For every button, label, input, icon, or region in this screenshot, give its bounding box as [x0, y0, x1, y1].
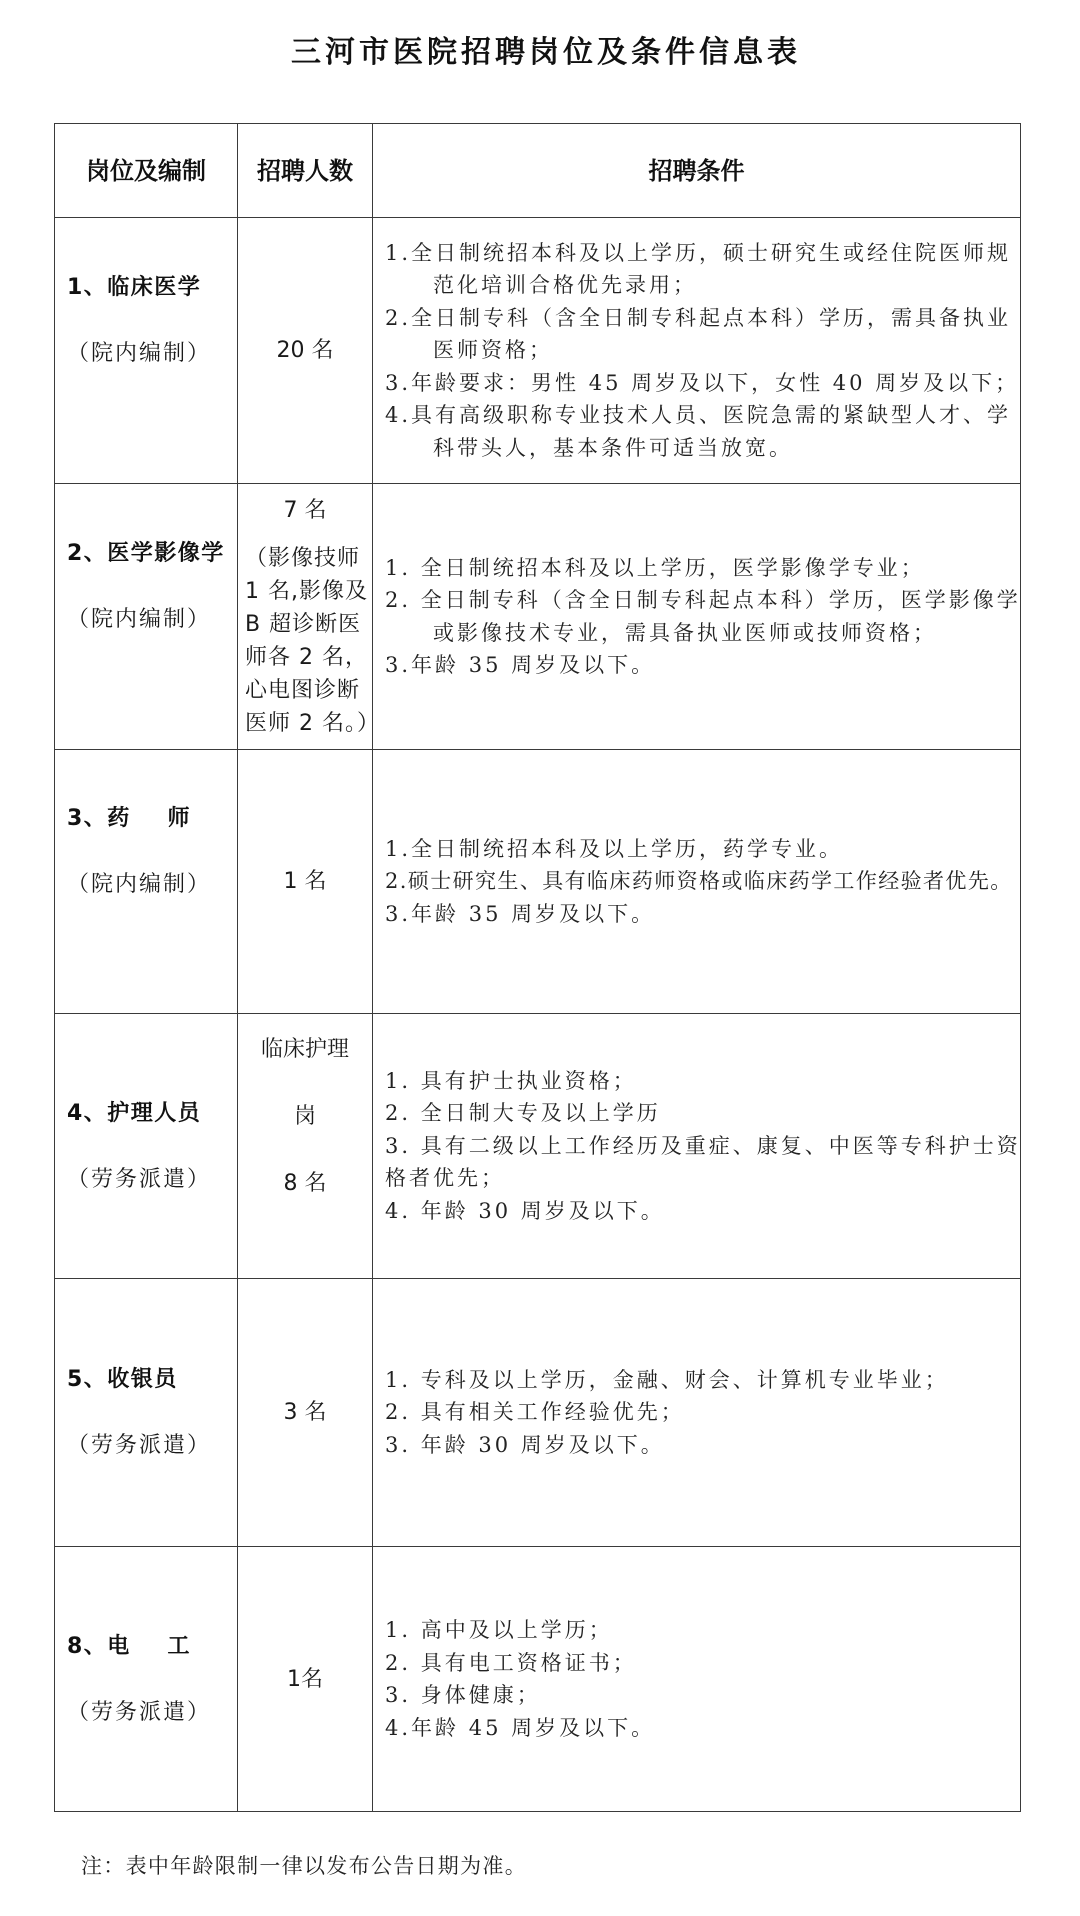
count-cell: 1 名: [238, 750, 373, 1014]
footnote: 注：表中年龄限制一律以发布公告日期为准。: [81, 1850, 527, 1882]
count-cell: 1名: [238, 1547, 373, 1812]
position-cell: 2、医学影像学 （院内编制）: [55, 484, 238, 750]
hire-count: 8 名: [238, 1167, 372, 1200]
condition-line: 1. 全日制统招本科及以上学历，医学影像学专业；: [385, 552, 1020, 585]
table-row: 1、临床医学 （院内编制） 20 名 1.全日制统招本科及以上学历，硕士研究生或…: [55, 218, 1021, 484]
table-row: 8、电 工 （劳务派遣） 1名 1. 高中及以上学历； 2. 具有电工资格证书；…: [55, 1547, 1021, 1812]
count-detail-line: 医师 2 名。）: [245, 707, 352, 740]
condition-line: 格者优先；: [385, 1162, 1020, 1195]
hire-count: 20 名: [238, 334, 372, 367]
condition-line: 4. 年龄 30 周岁及以下。: [385, 1195, 1020, 1228]
condition-line: 3.年龄 35 周岁及以下。: [385, 649, 1020, 682]
count-cell: 3 名: [238, 1279, 373, 1547]
table-row: 4、护理人员 （劳务派遣） 临床护理 岗 8 名 1. 具有护士执业资格； 2.…: [55, 1014, 1021, 1279]
staffing-type: （劳务派遣）: [67, 1696, 237, 1729]
conditions-cell: 1.全日制统招本科及以上学历，药学专业。 2.硕士研究生、具有临床药师资格或临床…: [373, 750, 1021, 1014]
staffing-type: （院内编制）: [67, 337, 237, 370]
position-cell: 5、收银员 （劳务派遣）: [55, 1279, 238, 1547]
count-detail-line: B 超诊断医: [245, 608, 352, 641]
table-row: 2、医学影像学 （院内编制） 7 名 （影像技师 1 名,影像及 B 超诊断医 …: [55, 484, 1021, 750]
conditions-cell: 1. 专科及以上学历，金融、财会、计算机专业毕业； 2. 具有相关工作经验优先；…: [373, 1279, 1021, 1547]
condition-line: 3. 年龄 30 周岁及以下。: [385, 1429, 1020, 1462]
count-cell: 20 名: [238, 218, 373, 484]
position-title: 4、护理人员: [67, 1097, 237, 1130]
condition-line: 1.全日制统招本科及以上学历，药学专业。: [385, 833, 1020, 866]
count-detail-line: 1 名,影像及: [245, 575, 352, 608]
condition-line: 3. 具有二级以上工作经历及重症、康复、中医等专科护士资: [385, 1130, 1020, 1163]
condition-line: 医师资格；: [385, 334, 1020, 367]
position-title: 1、临床医学: [67, 271, 237, 304]
staffing-type: （院内编制）: [67, 868, 237, 901]
condition-line: 2.硕士研究生、具有临床药师资格或临床药学工作经验者优先。: [385, 865, 1020, 898]
header-position: 岗位及编制: [55, 124, 238, 218]
condition-line: 范化培训合格优先录用；: [385, 269, 1020, 302]
header-conditions: 招聘条件: [373, 124, 1021, 218]
count-detail-line: （影像技师: [245, 542, 352, 575]
position-title: 3、药 师: [67, 802, 237, 835]
condition-line: 1. 高中及以上学历；: [385, 1614, 1020, 1647]
count-cell: 7 名 （影像技师 1 名,影像及 B 超诊断医 师各 2 名， 心电图诊断 医…: [238, 484, 373, 750]
conditions-cell: 1. 全日制统招本科及以上学历，医学影像学专业； 2. 全日制专科（含全日制专科…: [373, 484, 1021, 750]
count-cell: 临床护理 岗 8 名: [238, 1014, 373, 1279]
condition-line: 1. 专科及以上学历，金融、财会、计算机专业毕业；: [385, 1364, 1020, 1397]
staffing-type: （劳务派遣）: [67, 1163, 237, 1196]
position-cell: 4、护理人员 （劳务派遣）: [55, 1014, 238, 1279]
hire-count: 1名: [238, 1663, 372, 1696]
document-title: 三河市医院招聘岗位及条件信息表: [6, 33, 1080, 73]
table-header-row: 岗位及编制 招聘人数 招聘条件: [55, 124, 1021, 218]
header-count: 招聘人数: [238, 124, 373, 218]
condition-line: 2. 全日制专科（含全日制专科起点本科）学历，医学影像学: [385, 584, 1020, 617]
condition-line: 2. 具有相关工作经验优先；: [385, 1396, 1020, 1429]
position-title: 5、收银员: [67, 1363, 237, 1396]
condition-line: 1. 具有护士执业资格；: [385, 1065, 1020, 1098]
hire-count: 7 名: [238, 494, 372, 527]
condition-line: 4.具有高级职称专业技术人员、医院急需的紧缺型人才、学: [385, 399, 1020, 432]
table-row: 5、收银员 （劳务派遣） 3 名 1. 专科及以上学历，金融、财会、计算机专业毕…: [55, 1279, 1021, 1547]
recruitment-table: 岗位及编制 招聘人数 招聘条件 1、临床医学 （院内编制） 20 名 1.全日制…: [54, 123, 1021, 1812]
position-title: 8、电 工: [67, 1630, 237, 1663]
position-title: 2、医学影像学: [67, 537, 237, 570]
position-cell: 8、电 工 （劳务派遣）: [55, 1547, 238, 1812]
staffing-type: （劳务派遣）: [67, 1429, 237, 1462]
conditions-cell: 1. 具有护士执业资格； 2. 全日制大专及以上学历 3. 具有二级以上工作经历…: [373, 1014, 1021, 1279]
table-row: 3、药 师 （院内编制） 1 名 1.全日制统招本科及以上学历，药学专业。 2.…: [55, 750, 1021, 1014]
post-name-line: 岗: [238, 1100, 372, 1133]
condition-line: 或影像技术专业，需具备执业医师或技师资格；: [385, 617, 1020, 650]
condition-line: 4.年龄 45 周岁及以下。: [385, 1712, 1020, 1745]
staffing-type: （院内编制）: [67, 603, 237, 636]
condition-line: 3.年龄 35 周岁及以下。: [385, 898, 1020, 931]
count-detail-line: 心电图诊断: [245, 674, 352, 707]
post-name-line: 临床护理: [238, 1033, 372, 1066]
condition-line: 3. 身体健康；: [385, 1679, 1020, 1712]
condition-line: 3.年龄要求：男性 45 周岁及以下，女性 40 周岁及以下；: [385, 367, 1020, 400]
count-detail-line: 师各 2 名，: [245, 641, 352, 674]
conditions-cell: 1. 高中及以上学历； 2. 具有电工资格证书； 3. 身体健康； 4.年龄 4…: [373, 1547, 1021, 1812]
hire-count: 3 名: [238, 1396, 372, 1429]
condition-line: 1.全日制统招本科及以上学历，硕士研究生或经住院医师规: [385, 237, 1020, 270]
condition-line: 科带头人，基本条件可适当放宽。: [385, 432, 1020, 465]
condition-line: 2. 具有电工资格证书；: [385, 1647, 1020, 1680]
condition-line: 2. 全日制大专及以上学历: [385, 1097, 1020, 1130]
conditions-cell: 1.全日制统招本科及以上学历，硕士研究生或经住院医师规 范化培训合格优先录用； …: [373, 218, 1021, 484]
hire-count: 1 名: [238, 865, 372, 898]
condition-line: 2.全日制专科（含全日制专科起点本科）学历，需具备执业: [385, 302, 1020, 335]
position-cell: 3、药 师 （院内编制）: [55, 750, 238, 1014]
position-cell: 1、临床医学 （院内编制）: [55, 218, 238, 484]
